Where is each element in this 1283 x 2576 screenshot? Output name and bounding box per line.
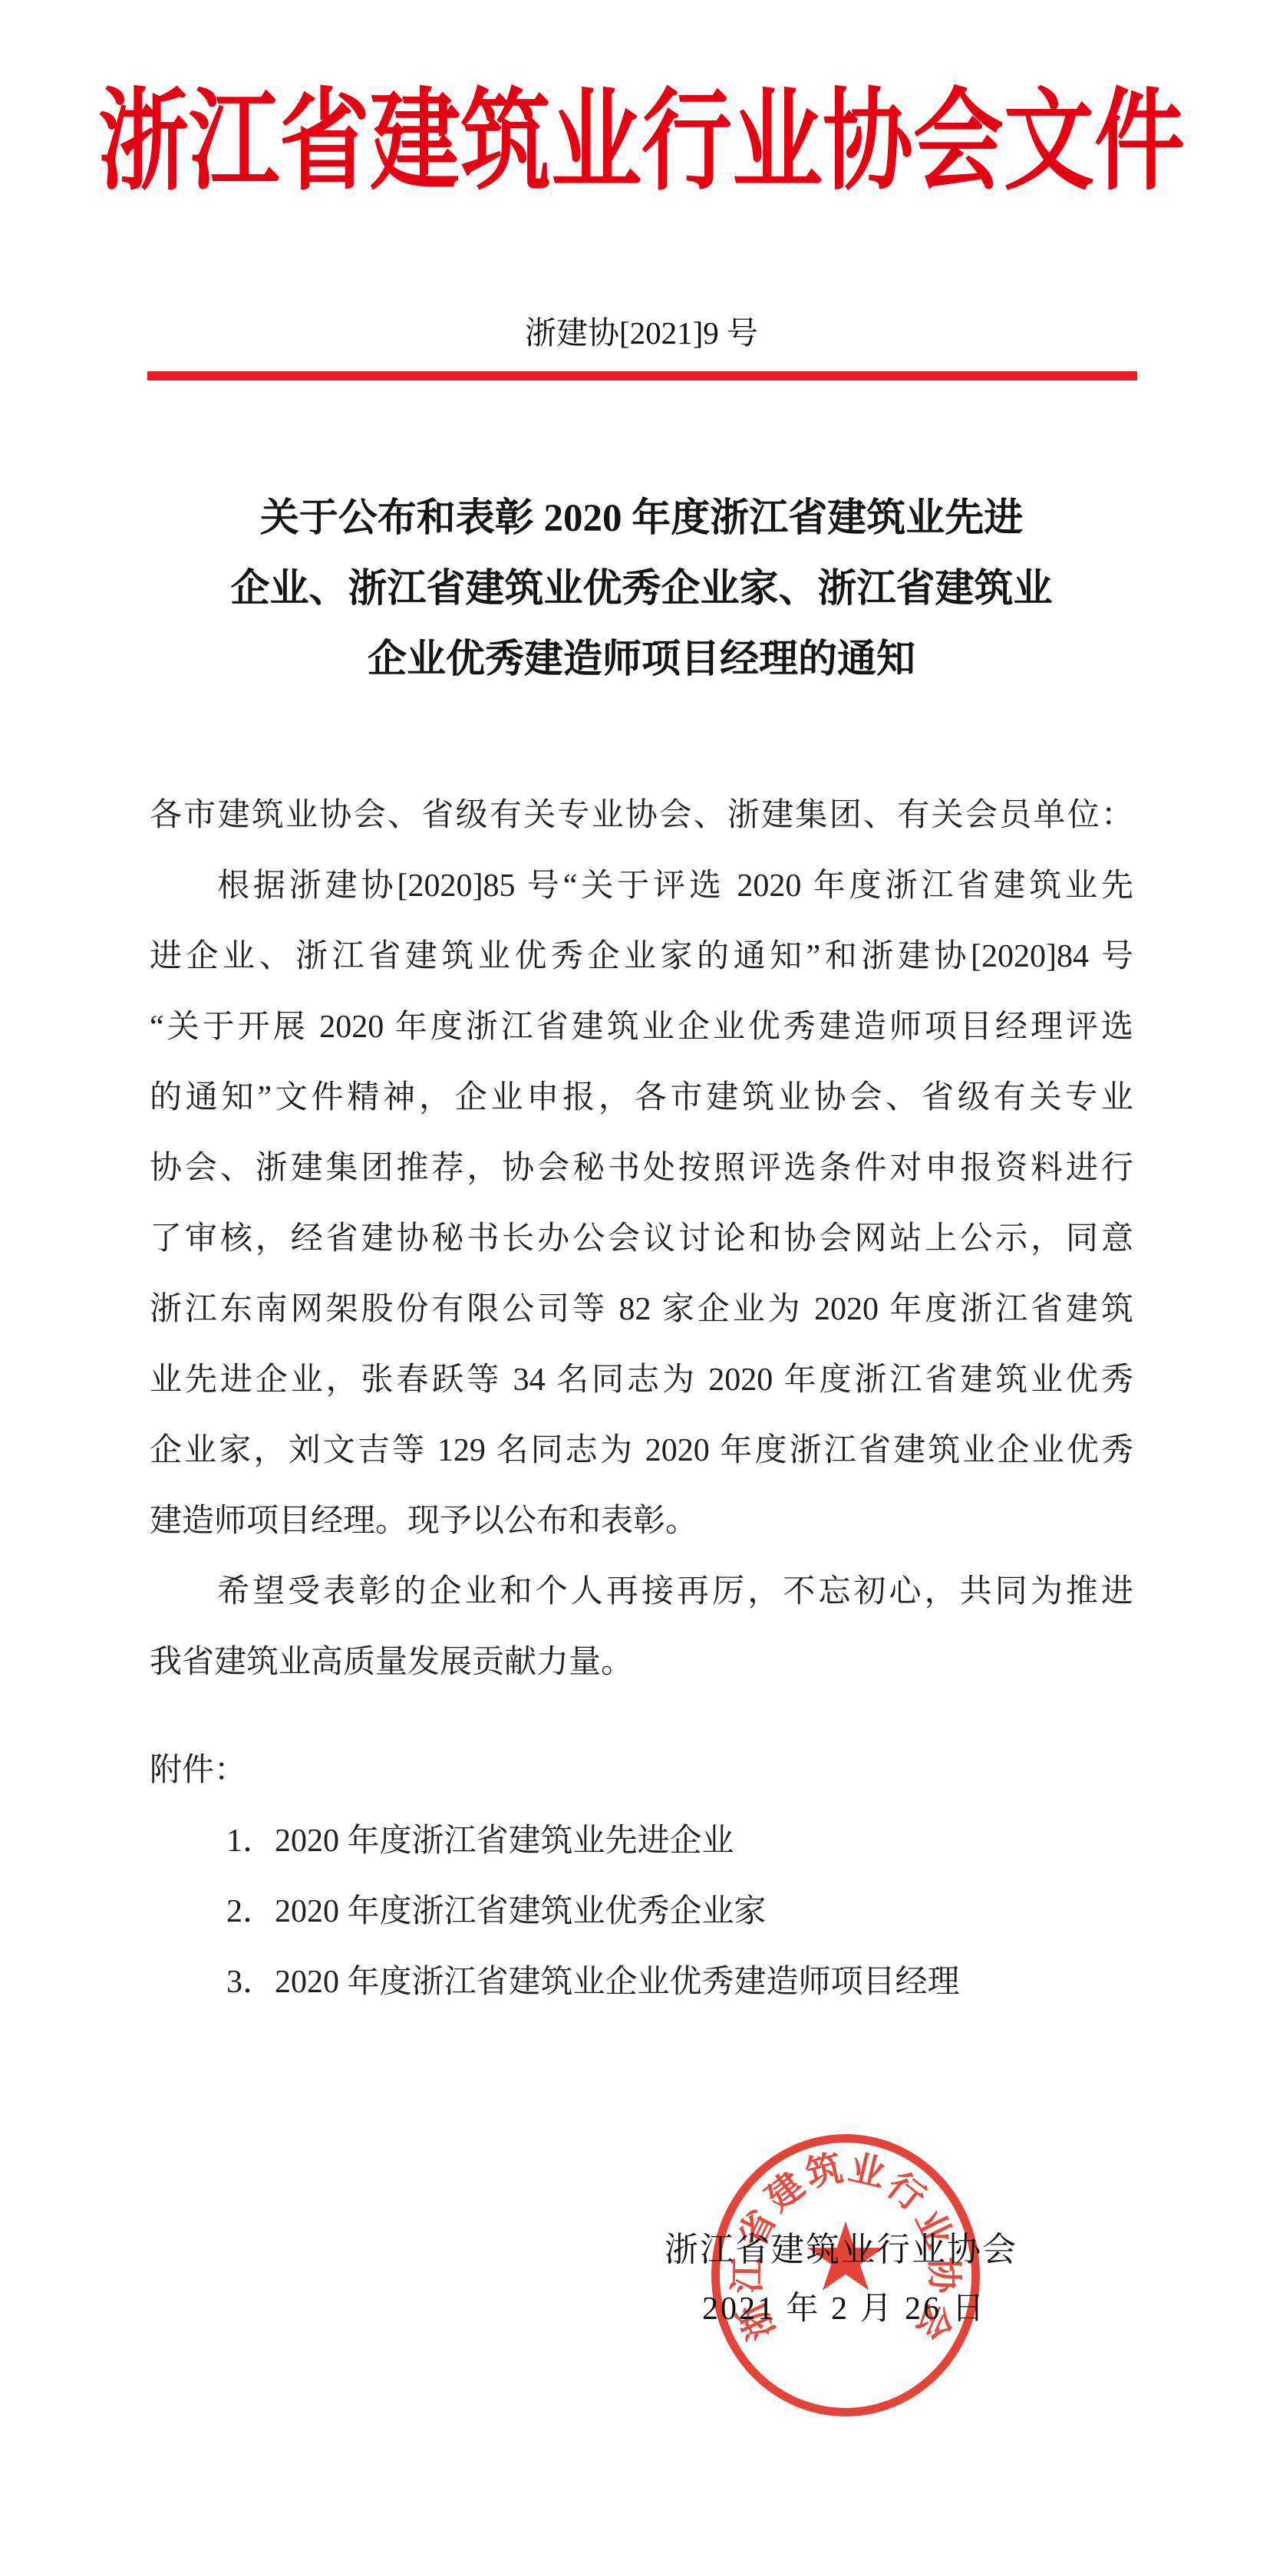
body-line: 了审核，经省建协秘书长办公会议讨论和协会网站上公示，同意: [150, 1204, 1133, 1274]
attachment-item-3: 3．2020 年度浙江省建筑业企业优秀建造师项目经理: [150, 1947, 1133, 2018]
body-line: 协会、浙建集团推荐，协会秘书处按照评选条件对申报资料进行: [150, 1133, 1133, 1204]
body-line: 浙江东南网架股份有限公司等 82 家企业为 2020 年度浙江省建筑: [150, 1274, 1133, 1345]
official-seal-stamp: 浙 江 省 建 筑 业 行 业 协 会: [711, 2134, 980, 2416]
body-line: 根据浙建协[2020]85 号“关于评选 2020 年度浙江省建筑业先: [150, 851, 1133, 921]
body-line: 的通知”文件精神，企业申报，各市建筑业协会、省级有关专业: [150, 1062, 1133, 1133]
document-page: 浙江省建筑业行业协会文件 浙建协[2021]9 号 关于公布和表彰 2020 年…: [0, 0, 1283, 2576]
body-line: 进企业、浙江省建筑业优秀企业家的通知”和浙建协[2020]84 号: [150, 921, 1133, 992]
body-line: 希望受表彰的企业和个人再接再厉，不忘初心，共同为推进: [150, 1556, 1133, 1627]
body-line: 企业家，刘文吉等 129 名同志为 2020 年度浙江省建筑业企业优秀: [150, 1415, 1133, 1486]
notice-title-line-2: 企业、浙江省建筑业优秀企业家、浙江省建筑业: [150, 554, 1133, 624]
notice-title-line-3: 企业优秀建造师项目经理的通知: [150, 624, 1133, 695]
signature-date: 2021 年 2 月 26 日: [702, 2284, 987, 2334]
body-line: 建造师项目经理。现予以公布和表彰。: [150, 1486, 1133, 1556]
notice-title: 关于公布和表彰 2020 年度浙江省建筑业先进 企业、浙江省建筑业优秀企业家、浙…: [150, 483, 1133, 695]
attachment-item-1: 1．2020 年度浙江省建筑业先进企业: [150, 1806, 1133, 1876]
body-line: 业先进企业，张春跃等 34 名同志为 2020 年度浙江省建筑业优秀: [150, 1345, 1133, 1415]
letterhead-title: 浙江省建筑业行业协会文件: [0, 61, 1283, 226]
document-number: 浙建协[2021]9 号: [0, 311, 1283, 355]
body-line-salutation: 各市建筑业协会、省级有关专业协会、浙建集团、有关会员单位：: [150, 780, 1133, 851]
red-divider-line: [147, 371, 1137, 380]
notice-title-line-1: 关于公布和表彰 2020 年度浙江省建筑业先进: [150, 483, 1133, 554]
attachments-label: 附件：: [150, 1735, 1133, 1806]
attachment-item-2: 2．2020 年度浙江省建筑业优秀企业家: [150, 1876, 1133, 1947]
attachments-section: 附件： 1．2020 年度浙江省建筑业先进企业 2．2020 年度浙江省建筑业优…: [150, 1735, 1133, 2018]
notice-body: 各市建筑业协会、省级有关专业协会、浙建集团、有关会员单位： 根据浙建协[2020…: [150, 780, 1133, 1698]
signature-organization: 浙江省建筑业行业协会: [665, 2225, 1017, 2275]
body-line: “关于开展 2020 年度浙江省建筑业企业优秀建造师项目经理评选: [150, 992, 1133, 1062]
body-line: 我省建筑业高质量发展贡献力量。: [150, 1627, 1133, 1698]
